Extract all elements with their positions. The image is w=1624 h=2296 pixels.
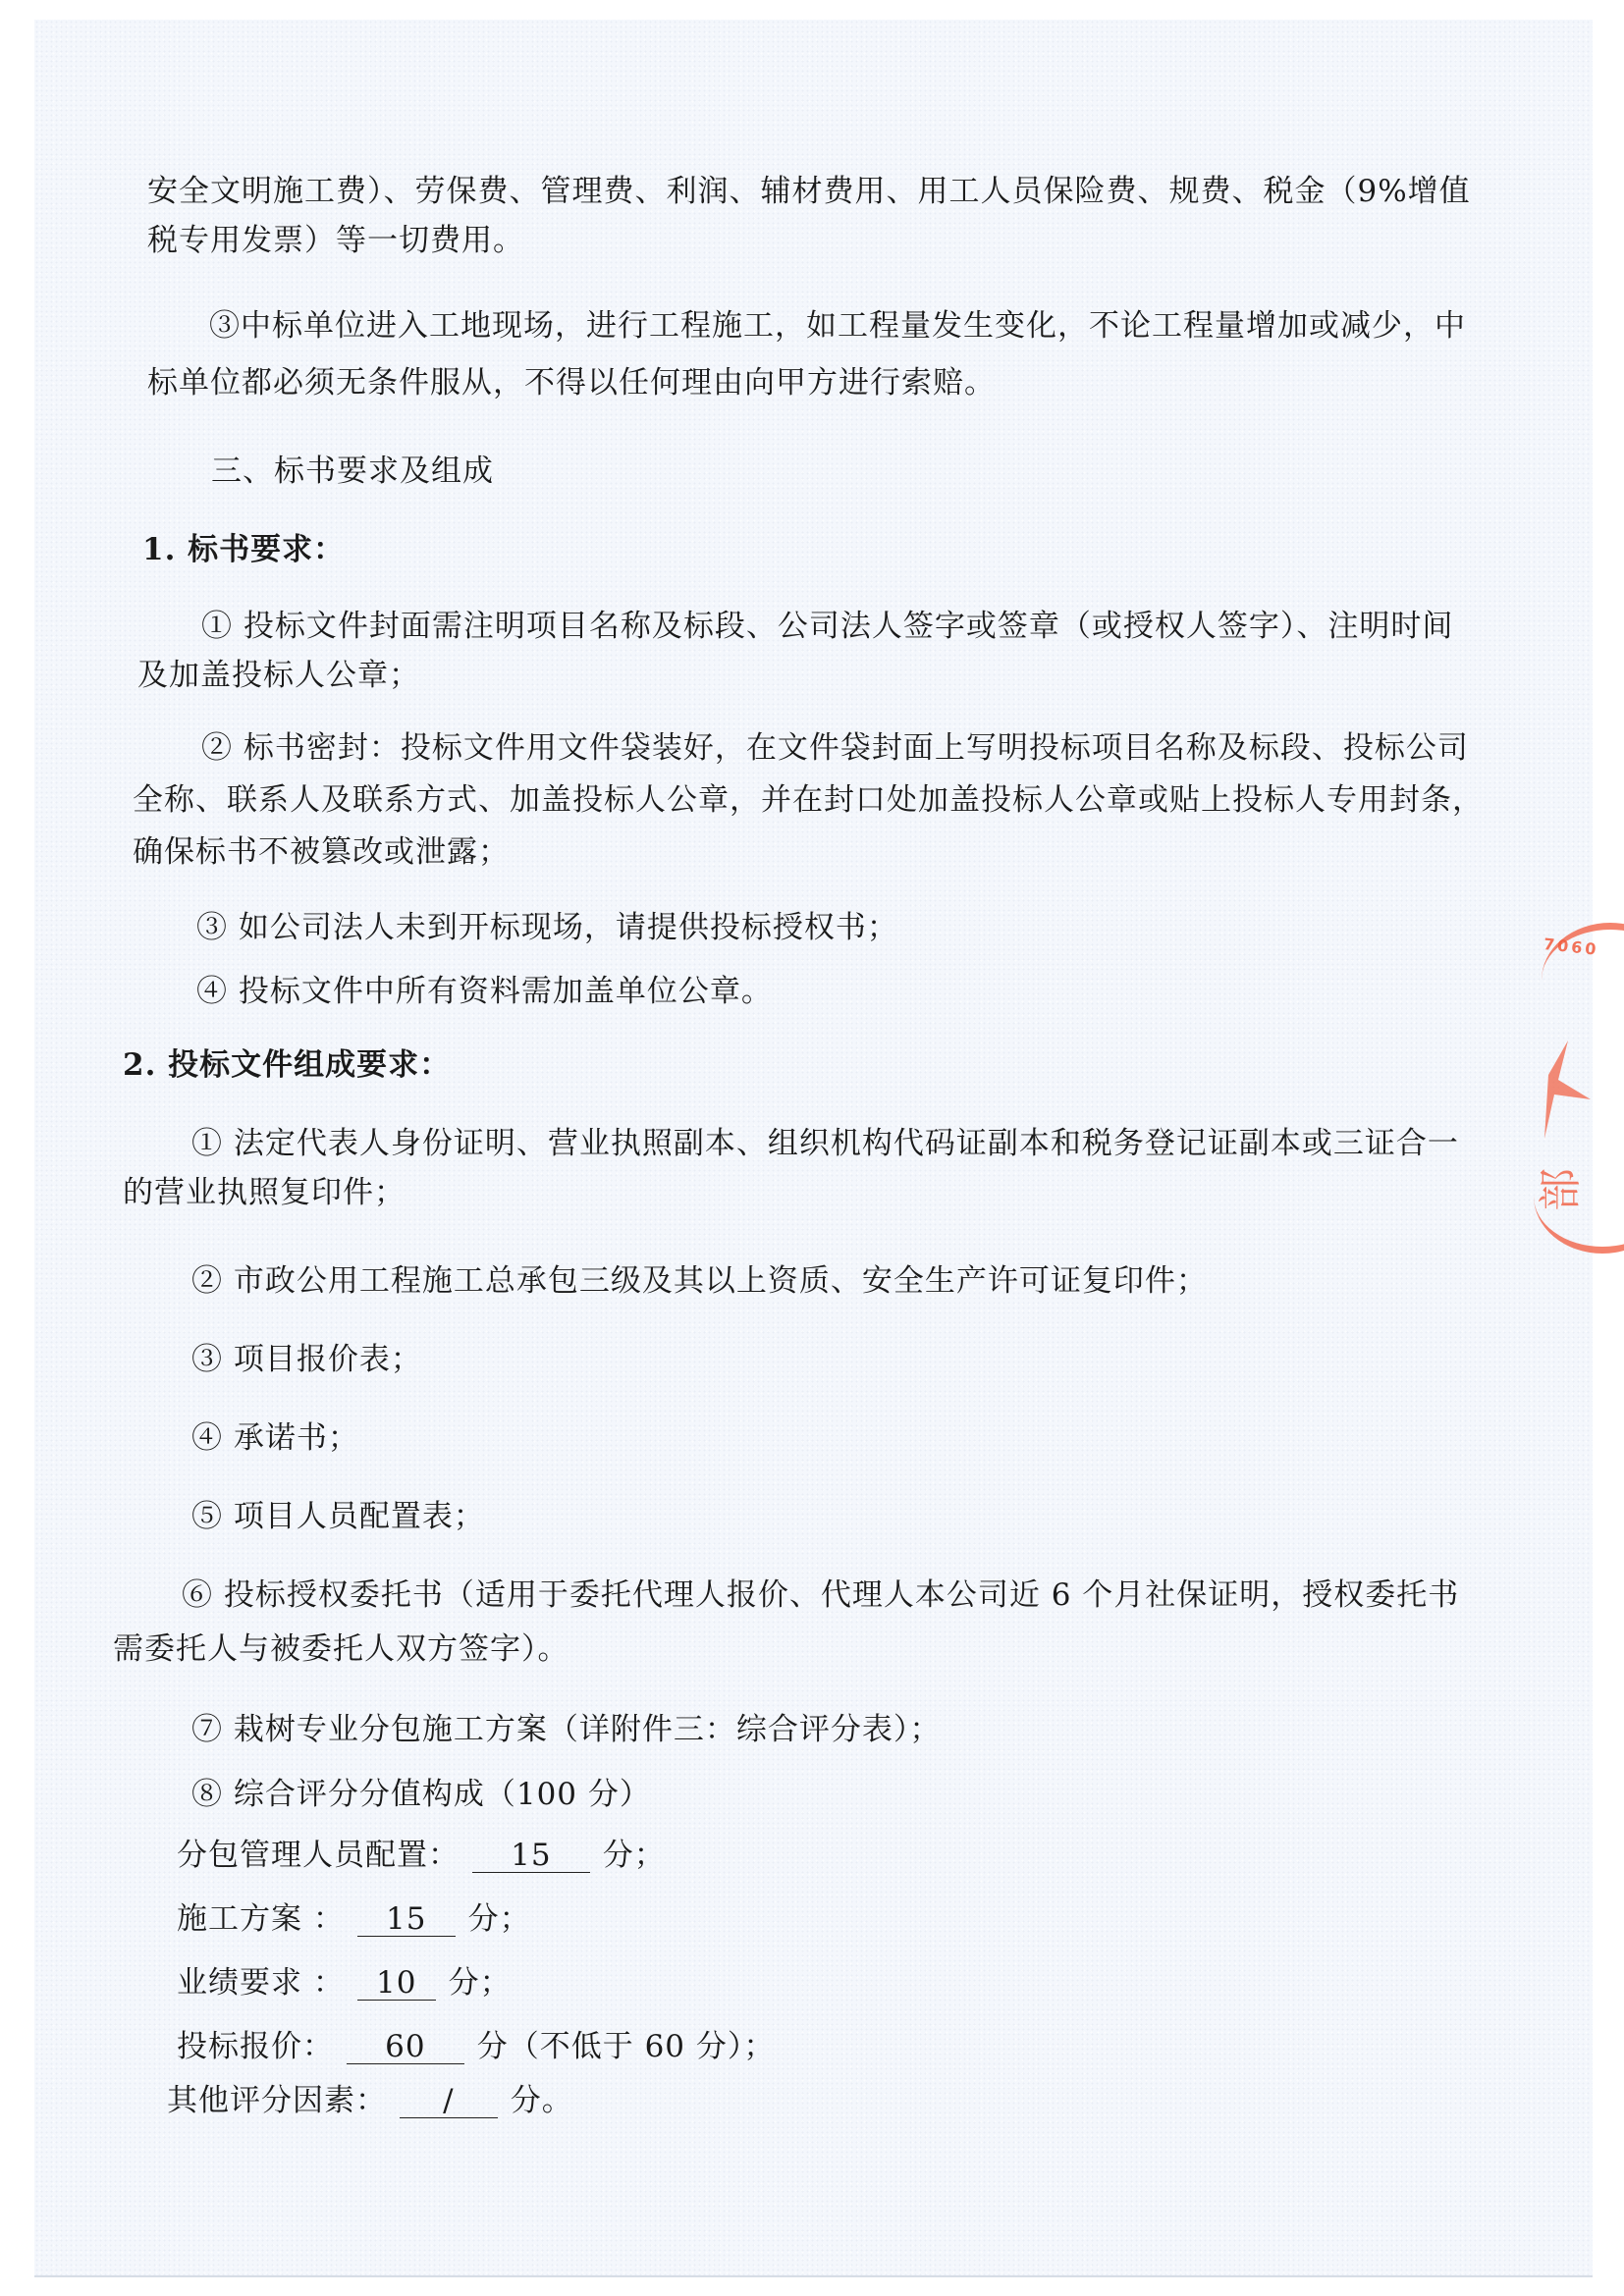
paragraph-line: 安全文明施工费）、劳保费、管理费、利润、辅材费用、用工人员保险费、规费、税金（9… bbox=[147, 172, 1471, 211]
composition-item-4: ④ 承诺书； bbox=[191, 1418, 359, 1458]
score-label: 其他评分因素： bbox=[167, 2083, 387, 2118]
composition-item-1-cont: 的营业执照复印件； bbox=[123, 1173, 406, 1212]
requirement-item-2-cont: 全称、联系人及联系方式、加盖投标人公章，并在封口处加盖投标人公章或贴上投标人专用… bbox=[133, 780, 1484, 820]
requirement-item-2: ② 标书密封：投标文件用文件袋装好，在文件袋封面上写明投标项目名称及标段、投标公… bbox=[201, 728, 1469, 768]
score-row-performance: 业绩要求 ： 10 分； bbox=[177, 1963, 512, 2002]
score-label: 投标报价： bbox=[177, 2029, 334, 2064]
requirement-item-1-cont: 及加盖投标人公章； bbox=[137, 656, 420, 695]
score-value: 60 bbox=[347, 2030, 464, 2064]
score-suffix: 分； bbox=[449, 1965, 512, 2001]
requirement-item-1: ① 投标文件封面需注明项目名称及标段、公司法人签字或签章（或授权人签字）、注明时… bbox=[201, 607, 1453, 646]
composition-item-6: ⑥ 投标授权委托书（适用于委托代理人报价、代理人本公司近 6 个月社保证明，授权… bbox=[182, 1575, 1459, 1615]
score-suffix: 分； bbox=[603, 1838, 666, 1873]
clause-3-line: ③中标单位进入工地现场，进行工程施工，如工程量发生变化，不论工程量增加或减少，中 bbox=[209, 306, 1466, 346]
paragraph-line: 税专用发票）等一切费用。 bbox=[147, 221, 524, 260]
composition-item-6-cont: 需委托人与被委托人双方签字）。 bbox=[113, 1629, 569, 1669]
clause-3-line: 标单位都必须无条件服从，不得以任何理由向甲方进行索赔。 bbox=[147, 363, 996, 402]
requirement-item-4: ④ 投标文件中所有资料需加盖单位公章。 bbox=[196, 972, 773, 1011]
score-label: 业绩要求 ： bbox=[177, 1965, 345, 2001]
composition-item-5: ⑤ 项目人员配置表； bbox=[191, 1497, 485, 1536]
subsection-2-title: 2. 投标文件组成要求： bbox=[123, 1045, 451, 1085]
score-suffix: 分； bbox=[468, 1901, 531, 1937]
composition-item-8: ⑧ 综合评分分值构成（100 分） bbox=[191, 1775, 651, 1814]
composition-item-7: ⑦ 栽树专业分包施工方案（详附件三：综合评分表）； bbox=[191, 1710, 941, 1749]
score-label: 分包管理人员配置： bbox=[177, 1838, 460, 1873]
score-label: 施工方案 ： bbox=[177, 1901, 345, 1937]
requirement-item-3: ③ 如公司法人未到开标现场，请提供投标授权书； bbox=[196, 908, 898, 947]
score-row-construction-plan: 施工方案 ： 15 分； bbox=[177, 1899, 531, 1939]
composition-item-1: ① 法定代表人身份证明、营业执照副本、组织机构代码证副本和税务登记证副本或三证合… bbox=[191, 1124, 1459, 1163]
score-suffix: 分（不低于 60 分）； bbox=[477, 2029, 776, 2064]
score-row-other: 其他评分因素： / 分。 bbox=[167, 2081, 573, 2120]
requirement-item-2-cont: 确保标书不被篡改或泄露； bbox=[133, 832, 510, 872]
score-value: 10 bbox=[357, 1966, 436, 2001]
score-value: 15 bbox=[472, 1839, 590, 1873]
score-suffix: 分。 bbox=[511, 2083, 573, 2118]
section-heading: 三、标书要求及组成 bbox=[211, 452, 494, 491]
score-value: / bbox=[400, 2084, 498, 2118]
subsection-1-title: 1. 标书要求： bbox=[142, 530, 345, 569]
score-row-bid-price: 投标报价： 60 分（不低于 60 分）； bbox=[177, 2027, 775, 2066]
score-value: 15 bbox=[357, 1902, 456, 1937]
composition-item-2: ② 市政公用工程施工总承包三级及其以上资质、安全生产许可证复印件； bbox=[191, 1261, 1208, 1301]
seal-star-icon bbox=[1537, 1036, 1596, 1144]
composition-item-3: ③ 项目报价表； bbox=[191, 1340, 422, 1379]
score-row-management: 分包管理人员配置： 15 分； bbox=[177, 1836, 666, 1875]
